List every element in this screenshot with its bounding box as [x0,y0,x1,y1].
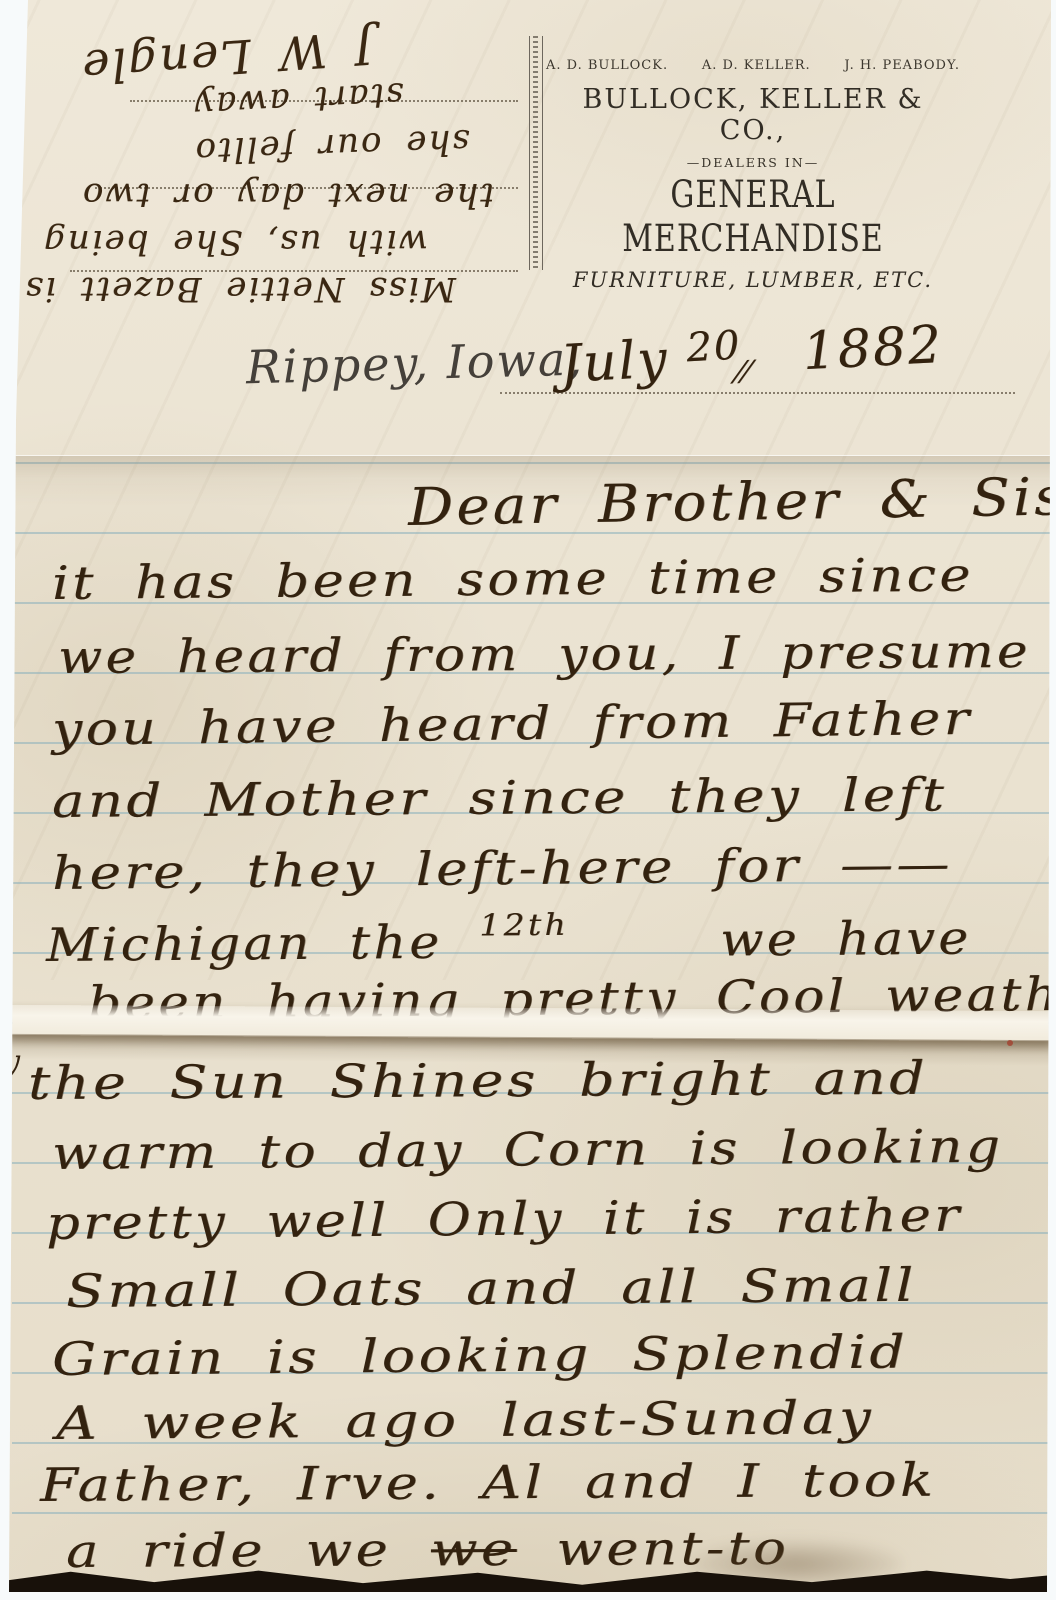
date-month: July [559,329,670,395]
letter-page: Miss Nettie Bazett is with us, She being… [0,0,1056,1600]
margin-mark: y [2,1042,20,1080]
partner-name: J. H. PEABODY. [844,58,960,73]
body-line: A week ago last-Sunday [56,1390,875,1450]
partner-names: A. D. BULLOCK. A. D. KELLER. J. H. PEABO… [546,58,960,73]
partner-name: A. D. KELLER. [702,58,811,73]
body-line-michigan: Michigan the 12th we have [46,905,972,972]
business-subline: FURNITURE, LUMBER, ETC. [546,268,960,292]
body-line: warm to day Corn is looking [52,1119,1004,1180]
letterhead: A. D. BULLOCK. A. D. KELLER. J. H. PEABO… [546,58,960,292]
date-day: 20 [685,323,742,372]
word-gap [606,956,683,957]
michigan-post: we have [720,911,972,967]
zigzag-pattern [533,36,538,270]
body-line: Grain is looking Splendid [52,1325,909,1386]
body-line: the Sun Shines bright and [28,1051,929,1110]
salutation: Dear Brother & Sister [407,466,1056,538]
letter-scan: Miss Nettie Bazett is with us, She being… [0,0,1056,1600]
strike-pre: a ride we [66,1523,392,1578]
body-line: pretty well Only it is rather [46,1188,963,1250]
body-line: Small Oats and all Small [66,1258,917,1318]
inverted-note-line: Miss Nettie Bazett is [24,265,524,312]
zigzag-border [529,36,543,270]
body-line: Father, Irve. Al and I took [40,1453,937,1512]
date-year: 1882 [801,315,944,382]
date-flourish: ⁄⁄ [736,355,752,391]
body-line-strike: a ride we we went-to [66,1521,790,1578]
business-line: GENERAL MERCHANDISE [546,173,960,261]
inverted-note: Miss Nettie Bazett is with us, She being… [24,12,524,312]
inverted-note-line: with us, She being [24,218,524,265]
michigan-pre: Michigan the [46,915,443,972]
body-line: and Mother since they left [52,767,948,828]
partner-name: A. D. BULLOCK. [546,58,668,73]
body-line: we heard from you, I presume [58,624,1031,684]
struck-word: we [431,1522,517,1576]
company-name: BULLOCK, KELLER & CO., [546,84,960,146]
place-printed: Rippey, Iowa, [245,332,584,395]
red-speck [1007,1040,1013,1046]
body-line: you have heard from Father [52,691,973,756]
dealers-in-label: —DEALERS IN— [546,155,960,170]
inverted-note-line: the next day or two [24,171,524,218]
body-line: here, they left-here for —— [52,836,953,900]
body-line: it has been some time since [52,548,974,610]
michigan-superscript: 12th [479,908,569,944]
